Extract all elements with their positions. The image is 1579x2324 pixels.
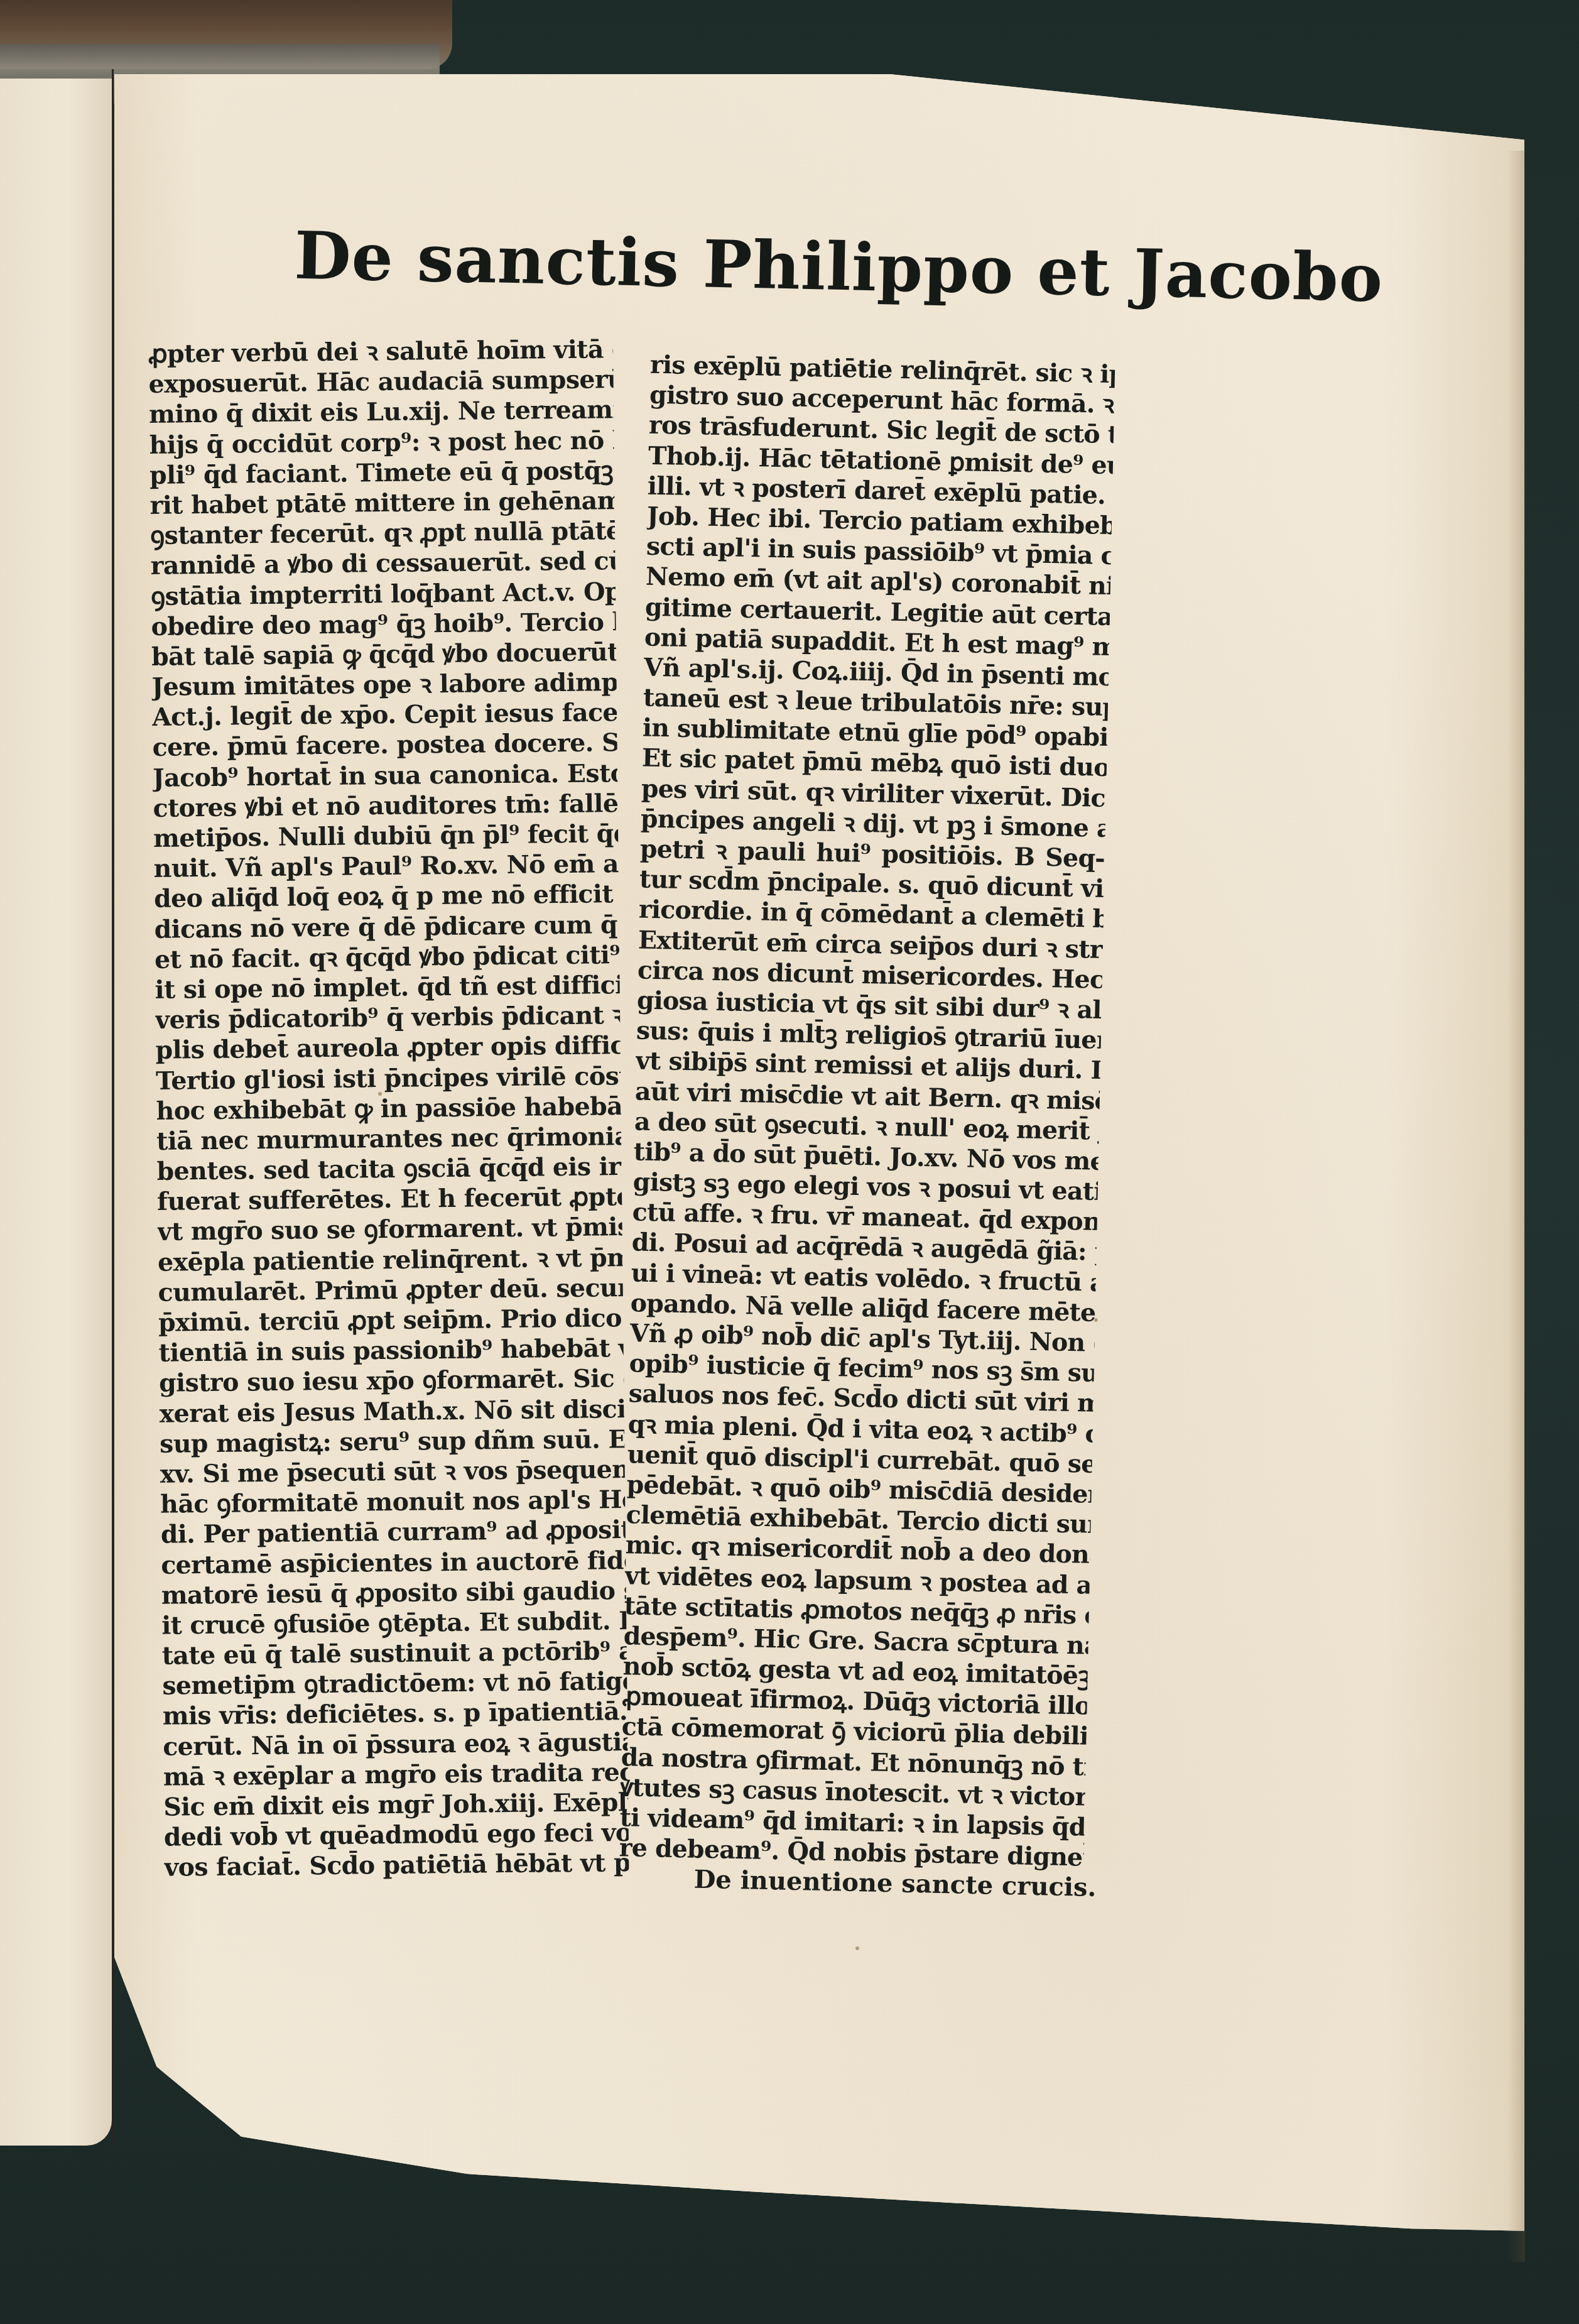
text-line: xv. Si me p̄secuti sūt ꝛ vos p̄sequent̄.… bbox=[160, 1454, 624, 1490]
text-line: veris p̄dicatorib⁹ q̄ verbis p̄dicant ꝛ … bbox=[155, 1000, 620, 1035]
text-line: bentes. sed tacita ꝯsciā q̄cq̄d eis irro… bbox=[156, 1152, 621, 1187]
text-line: matorē iesū q̄ ꝓposito sibi gaudio susti… bbox=[161, 1576, 626, 1611]
text-line: exēpla patientie relinq̄rent. ꝛ vt p̄mia… bbox=[158, 1243, 622, 1278]
text-line: hijs q̄ occidūt corp⁹: ꝛ post hec nō hñt… bbox=[149, 425, 614, 461]
text-line: cerūt. Nā in oī p̄ssura eoꝝ ꝛ āgustia ad… bbox=[163, 1727, 627, 1762]
text-line: vos faciat̄. Scd̄o patiētiā hēbāt vt pos… bbox=[164, 1848, 629, 1883]
text-line: pli⁹ q̄d faciant. Timete eū q̄ postq̄ꝫ o… bbox=[149, 456, 614, 491]
text-line: bāt talē sapiā ꝙ q̄cq̄d ꝟbo docuerūt: xp… bbox=[151, 637, 616, 672]
text-line: nuit. Vñ apl's Paul⁹ Ro.xv. Nō em̄ au- bbox=[153, 849, 618, 884]
text-line: exposuerūt. Hāc audaciā sumpserūt a do- bbox=[148, 364, 613, 400]
verso-page-edge bbox=[0, 79, 112, 2146]
text-line: xerat eis Jesus Math.x. Nō sit discipul⁹ bbox=[159, 1394, 624, 1429]
text-line: mis vr̄is: deficiētes. s. p īpatientiā. … bbox=[163, 1697, 627, 1732]
text-line: Sic em̄ dixit eis mgr̄ Joh.xiij. Exēplum bbox=[163, 1787, 628, 1823]
two-column-body: ꝓpter verbū dei ꝛ salutē hoīm vitā et co… bbox=[116, 339, 1127, 1904]
text-line: cumularēt. Primū ꝓpter deū. secundū ꝓpt bbox=[158, 1273, 622, 1308]
text-line: gistro suo iesu xp̄o ꝯformarēt. Sic em̄ … bbox=[159, 1363, 624, 1399]
text-line: ctores ꝟbi et nō auditores tm̄: fallētes… bbox=[153, 788, 617, 824]
foxing-spot bbox=[855, 1946, 859, 1950]
text-line: cere. p̄mū facere. postea docere. Sic bt… bbox=[152, 728, 617, 763]
text-line: Jesum imitātes ope ꝛ labore adimplebāt. bbox=[151, 667, 616, 702]
text-line: vt mgr̄o suo se ꝯformarent. vt p̄mis sui… bbox=[157, 1213, 622, 1248]
text-line: p̄ximū. terciū ꝓpt seip̄m. Prio dico ꝙ p… bbox=[158, 1303, 623, 1338]
text-line: sup magistꝝ: seru⁹ sup dñm suū. Et Johis bbox=[160, 1424, 624, 1459]
text-line: Act.j. legit̄ de xp̄o. Cepit iesus facer… bbox=[152, 697, 617, 733]
text-line: fuerat sufferētes. Et h fecerūt ꝓpter tr… bbox=[157, 1182, 622, 1217]
text-line: rannidē a ꝟbo di cessauerūt. sed cū magn… bbox=[150, 547, 615, 582]
text-line: deo aliq̄d loq̄ eoꝝ q̄ p me nō efficit x… bbox=[154, 880, 619, 915]
text-line: tientiā in suis passionib⁹ habebāt vt se… bbox=[158, 1333, 623, 1368]
text-line: it crucē ꝯfusiōe ꝯtēpta. Et subdit. Reco… bbox=[161, 1606, 626, 1641]
text-line: dedi vob̄ vt quēadmodū ego feci vob̄ ita… bbox=[164, 1818, 629, 1853]
text-line: hoc exhibebāt ꝙ in passiōe habebāt patiē bbox=[156, 1091, 621, 1127]
right-column: ris exēplū patiētie relinq̄rēt. sic ꝛ ip… bbox=[618, 350, 1115, 1904]
text-line: Tertio gl'iosi isti p̄ncipes virilē cōst… bbox=[156, 1061, 621, 1096]
text-line: plis debet̄ aureola ꝓpter opis difficult… bbox=[155, 1030, 620, 1066]
text-line: Jacob⁹ hortat̄ in sua canonica. Estote f… bbox=[153, 758, 617, 794]
left-column: ꝓpter verbū dei ꝛ salutē hoīm vitā et co… bbox=[148, 334, 629, 1883]
text-line: it si ope nō implet. q̄d tñ est difficil… bbox=[155, 970, 619, 1005]
text-line: dicans nō vere q̄ dē p̄dicare cum q̄ p̄d… bbox=[154, 910, 619, 945]
text-line: mino q̄ dixit eis Lu.xij. Ne terreamini … bbox=[149, 395, 614, 430]
text-line: hāc ꝯformitatē monuit nos apl's Heb.xij. bbox=[160, 1485, 625, 1520]
text-line: certamē asp̄icientes in auctorē fidei ꝛ … bbox=[161, 1546, 626, 1581]
text-line: ꝓpter verbū dei ꝛ salutē hoīm vitā et co… bbox=[148, 334, 613, 369]
text-line: tate eū q̄ talē sustinuit a pctōrib⁹ adu… bbox=[162, 1636, 627, 1671]
gutter bbox=[112, 69, 114, 2142]
text-line: di. Per patientiā curram⁹ ad ꝓpositū nob bbox=[160, 1515, 625, 1550]
text-line: obedire deo mag⁹ q̄ꝫ hoib⁹. Tercio habe- bbox=[151, 607, 616, 642]
text-line: metip̄os. Nulli dubiū q̄n p̄l⁹ fecit q̄d… bbox=[153, 819, 618, 854]
text-line: ꝯstanter fecerūt. qꝛ ꝓpt nullā ptātē neq… bbox=[150, 516, 615, 551]
text-line: semetip̄m ꝯtradictōem: vt nō fatigemi an… bbox=[162, 1666, 627, 1701]
text-line: mā ꝛ exēplar a mgr̄o eis tradita recurre… bbox=[163, 1757, 628, 1792]
text-line: ꝯstātia impterriti loq̄bant Act.v. Oport… bbox=[151, 577, 616, 612]
page-edge-shadow bbox=[1507, 151, 1525, 2262]
text-line: et nō facit. qꝛ q̄cq̄d ꝟbo p̄dicat citi⁹… bbox=[155, 940, 619, 975]
text-line: tiā nec murmurantes nec q̄rimonias exhi bbox=[156, 1121, 621, 1157]
text-line: rit habet ptātē mittere in gehēnam. Et h bbox=[149, 486, 614, 521]
